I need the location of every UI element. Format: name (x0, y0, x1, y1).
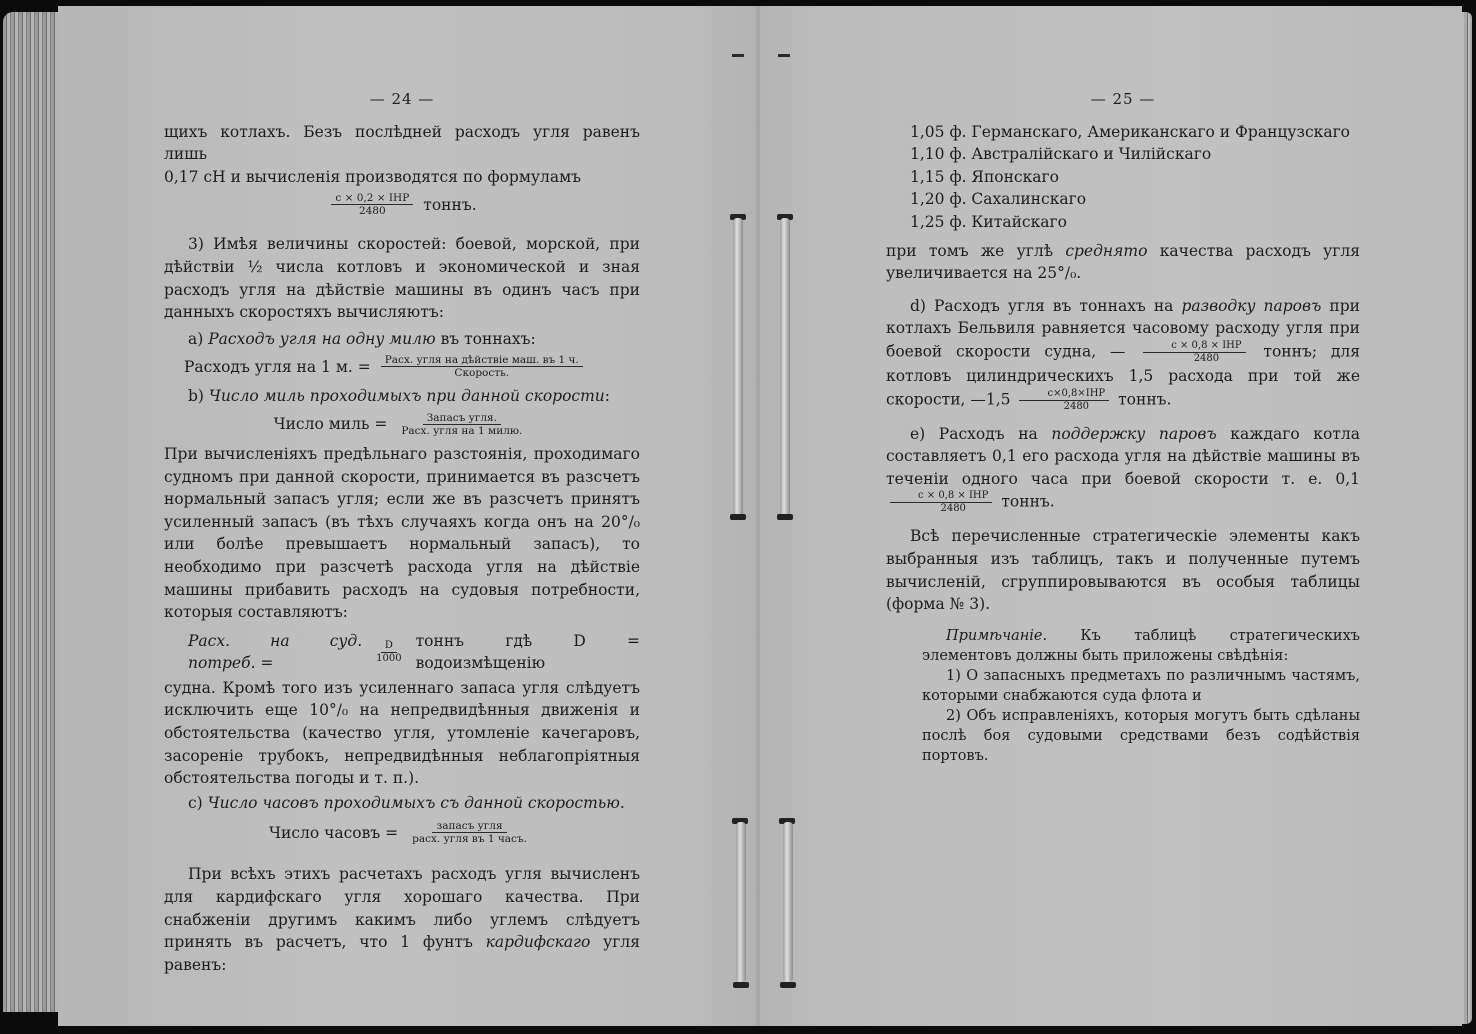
binding-thread (780, 218, 790, 518)
binding-thread (733, 218, 743, 518)
text: тоннъ. (1118, 390, 1171, 408)
paragraph-line: 0,17 cH и вычисленія производятся по фор… (164, 166, 640, 189)
denominator: расх. угля въ 1 часъ. (408, 833, 531, 845)
numerator: запасъ угля (432, 820, 506, 833)
numerator: c × 0,8 × IHP (890, 490, 992, 503)
paragraph-line: щихъ котлахъ. Безъ послѣдней расходъ угл… (164, 121, 640, 166)
formula-lhs: Расходъ угля на 1 м. = (184, 356, 371, 379)
italic-term: поддержку паровъ (1051, 425, 1216, 443)
binding-mark (778, 54, 790, 57)
paragraph: при томъ же углѣ среднято качества расхо… (886, 240, 1360, 285)
note-label: Примѣчаніе. (946, 628, 1047, 644)
denominator: 2480 (912, 503, 969, 515)
fraction: c × 0,2 × IHP 2480 (331, 192, 413, 217)
page-number: — 24 — (164, 88, 640, 111)
left-page-text: — 24 — щихъ котлахъ. Безъ послѣдней расх… (164, 88, 640, 976)
text: e) Расходъ на (910, 425, 1038, 443)
page-edges-left (3, 12, 61, 1012)
formula-miles: Число миль = Запасъ угля. Расх. угля на … (164, 412, 640, 437)
fraction: Расх. угля на дѣйствіе маш. въ 1 ч. Скор… (381, 354, 583, 379)
formula-per-mile: Расходъ угля на 1 м. = Расх. угля на дѣй… (164, 354, 640, 379)
paragraph: судна. Кромѣ того изъ усиленнаго запаса … (164, 677, 640, 790)
paragraph: При вычисленіяхъ предѣльнаго разстоянія,… (164, 443, 640, 624)
list-item: 1,20 ф. Сахалинскаго (886, 188, 1360, 211)
numerator: Запасъ угля. (423, 412, 501, 425)
text: d) Расходъ угля въ тоннахъ на (910, 297, 1173, 315)
binding-mark (732, 54, 744, 57)
fraction: Запасъ угля. Расх. угля на 1 милю. (397, 412, 526, 437)
item-rest: въ тоннахъ: (441, 330, 536, 348)
formula-coal-consumption: c × 0,2 × IHP 2480 тоннъ. (164, 192, 640, 217)
italic-term: кардифскаго (486, 933, 591, 951)
formula-ship-needs: Расх. на суд. потреб. = D 1000 тоннъ гдѣ… (164, 630, 640, 675)
italic-term: разводку паровъ (1181, 297, 1321, 315)
text: тоннъ. (1001, 493, 1054, 511)
list-item: 1,15 ф. Японскаго (886, 166, 1360, 189)
paragraph: При всѣхъ этихъ расчетахъ расходъ угля в… (164, 863, 640, 976)
item-title: Число миль проходимыхъ при данной скорос… (209, 387, 605, 405)
item-label: c) (188, 794, 203, 812)
book-gutter (756, 6, 760, 1026)
list-item: 1,10 ф. Австралійскаго и Чилійскаго (886, 143, 1360, 166)
formula-lhs: Число часовъ = (269, 822, 398, 845)
list-item: 1,05 ф. Германскаго, Американскаго и Фра… (886, 121, 1360, 144)
formula-lhs: Расх. на суд. потреб. = (188, 630, 362, 675)
binding-thread (736, 822, 746, 982)
thread-knot (777, 514, 793, 520)
item-b: b) Число миль проходимыхъ при данной ско… (164, 385, 640, 408)
denominator: 2480 (1036, 401, 1093, 413)
paragraph: 3) Имѣя величины скоростей: боевой, морс… (164, 233, 640, 323)
item-d: d) Расходъ угля въ тоннахъ на разводку п… (886, 295, 1360, 413)
item-title: Число часовъ проходимыхъ съ данной скоро… (208, 794, 625, 812)
coal-equivalence-list: 1,05 ф. Германскаго, Американскаго и Фра… (886, 121, 1360, 234)
unit: тоннъ. (423, 194, 476, 217)
thread-knot (780, 982, 796, 988)
fraction: запасъ угля расх. угля въ 1 часъ. (408, 820, 531, 845)
denominator: 2480 (1166, 353, 1223, 365)
item-label: a) (188, 330, 203, 348)
fraction: c × 0,8 × IHP 2480 (890, 490, 992, 515)
formula-rest: тоннъ гдѣ D = водоизмѣщенію (416, 630, 640, 675)
note-item: 1) О запасныхъ предметахъ по различнымъ … (922, 666, 1360, 706)
denominator: Скорость. (450, 367, 513, 379)
right-page-text: — 25 — 1,05 ф. Германскаго, Американскаг… (886, 88, 1360, 766)
item-rest: : (605, 387, 610, 405)
thread-knot (730, 514, 746, 520)
paragraph: Всѣ перечисленные стратегическіе элемент… (886, 525, 1360, 615)
text: при томъ же углѣ (886, 242, 1053, 260)
note-intro: Примѣчаніе. Къ таблицѣ стратегическихъ э… (922, 626, 1360, 666)
binding-thread (783, 822, 793, 982)
numerator: c × 0,8 × IHP (1143, 340, 1245, 353)
item-e: e) Расходъ на поддержку паровъ каждаго к… (886, 423, 1360, 516)
numerator: D (381, 640, 397, 653)
formula-lhs: Число миль = (274, 413, 388, 436)
note-item: 2) Объ исправленіяхъ, которыя могутъ быт… (922, 706, 1360, 766)
formula-hours: Число часовъ = запасъ угля расх. угля въ… (164, 820, 640, 845)
denominator: 2480 (355, 205, 390, 217)
item-a: a) Расходъ угля на одну милю въ тоннахъ: (164, 328, 640, 351)
thread-knot (733, 982, 749, 988)
fraction: c × 0,8 × IHP 2480 (1143, 340, 1245, 365)
numerator: c×0,8×IHP (1019, 388, 1109, 401)
footnote: Примѣчаніе. Къ таблицѣ стратегическихъ э… (886, 626, 1360, 766)
list-item: 1,25 ф. Китайскаго (886, 211, 1360, 234)
item-c: c) Число часовъ проходимыхъ съ данной ск… (164, 792, 640, 815)
fraction: c×0,8×IHP 2480 (1019, 388, 1109, 413)
denominator: Расх. угля на 1 милю. (397, 425, 526, 437)
numerator: Расх. угля на дѣйствіе маш. въ 1 ч. (381, 354, 583, 367)
page-number: — 25 — (886, 88, 1360, 111)
item-label: b) (188, 387, 204, 405)
item-title: Расходъ угля на одну милю (208, 330, 435, 348)
numerator: c × 0,2 × IHP (331, 192, 413, 205)
italic-term: среднято (1065, 242, 1147, 260)
fraction: D 1000 (372, 640, 405, 665)
denominator: 1000 (372, 653, 405, 665)
